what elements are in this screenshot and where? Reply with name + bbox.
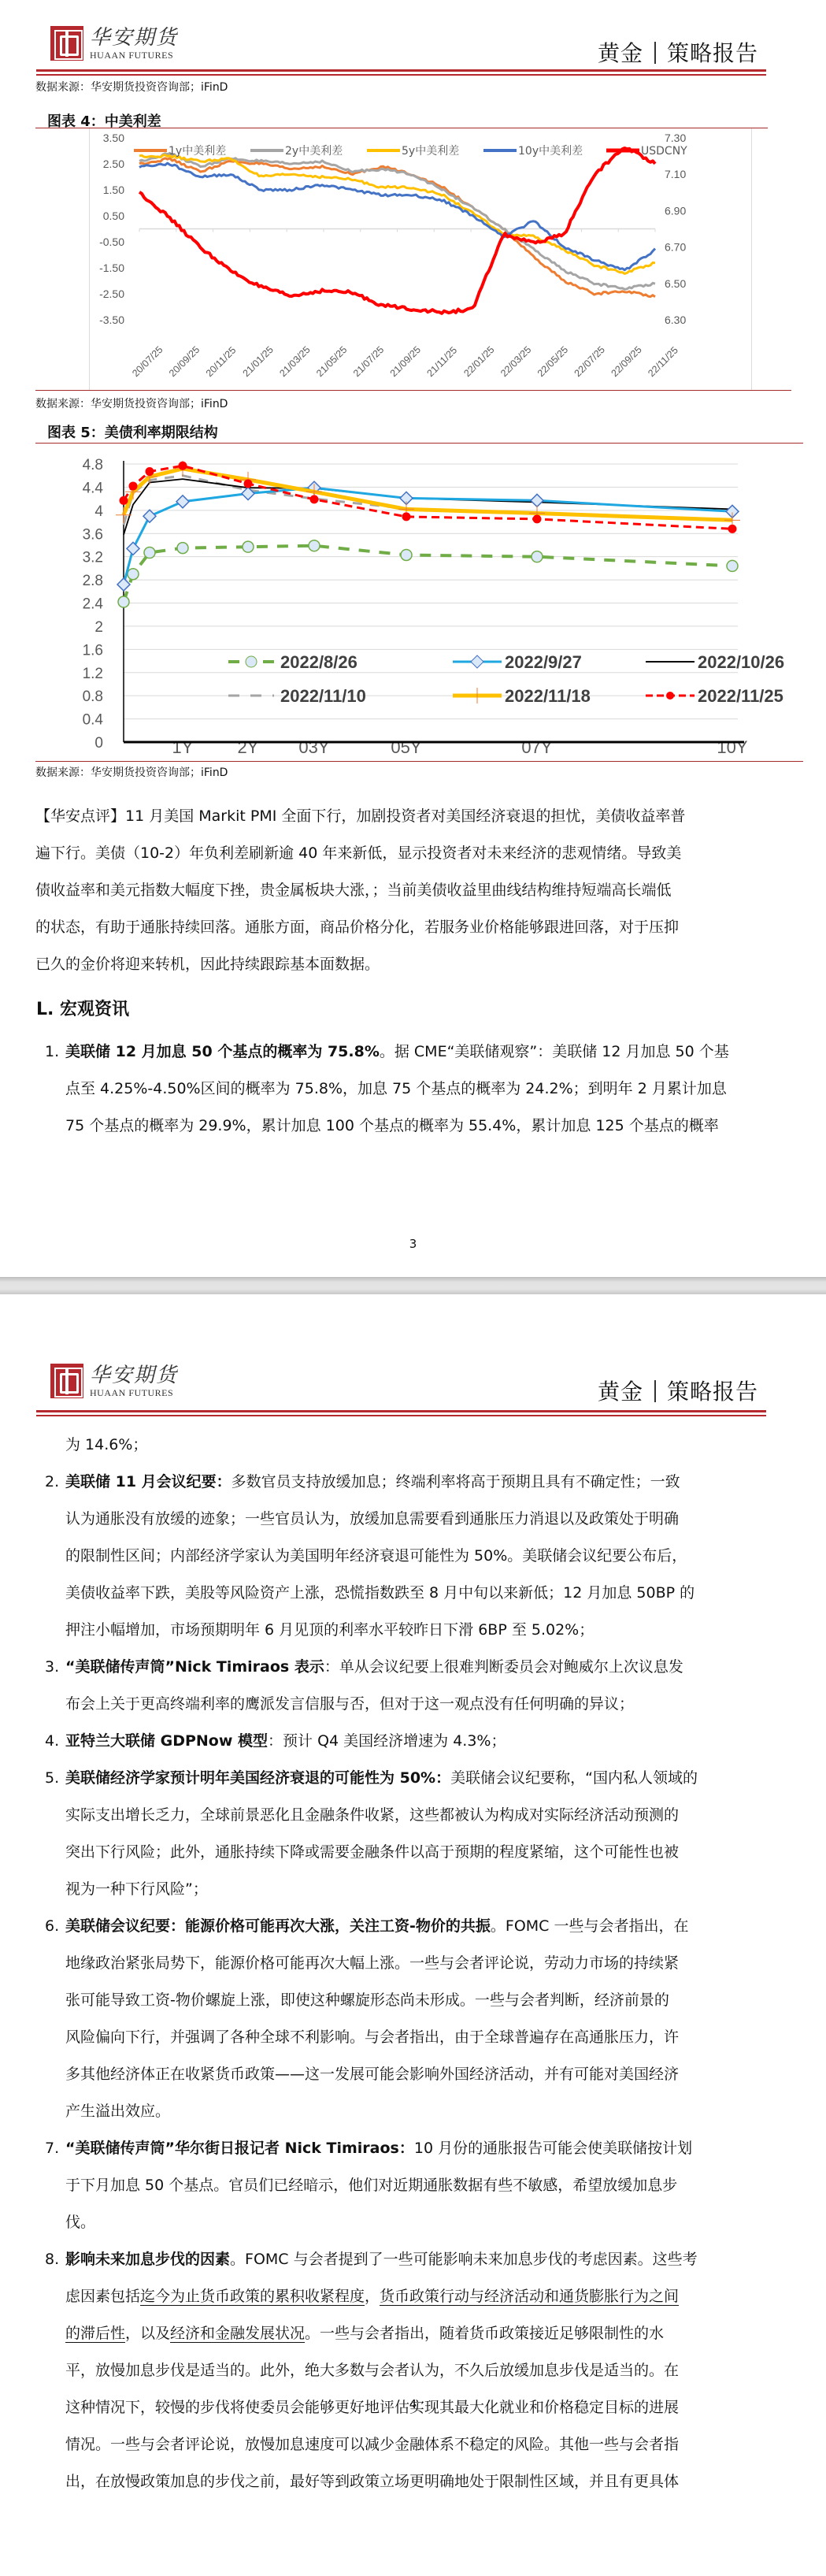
item-text: 地缘政治紧张局势下，能源价格可能再次大幅上涨。一些与会者评论说，劳动力市场的持续… xyxy=(65,1945,776,1982)
news-item-5: 5. 美联储经济学家预计明年美国经济衰退的可能性为 50%：美联储会议纪要称，“… xyxy=(35,1760,776,1908)
item-text: 。据 CME“美联储观察”：美联储 12 月加息 50 个基 xyxy=(380,1043,729,1060)
svg-text:1.6: 1.6 xyxy=(83,642,103,659)
svg-text:4.4: 4.4 xyxy=(83,480,104,496)
item-text: ：单从会议纪要上很难判断委员会对鲍威尔上次议息发 xyxy=(324,1658,683,1676)
svg-text:2022/11/10: 2022/11/10 xyxy=(280,686,366,706)
svg-text:6.90: 6.90 xyxy=(665,204,686,217)
svg-text:-2.50: -2.50 xyxy=(99,288,124,300)
svg-text:4: 4 xyxy=(94,503,103,520)
page-number: 4 xyxy=(0,2397,826,2411)
figure-4-bottom-rule xyxy=(35,390,791,391)
item-text: 美联储会议纪要称，“国内私人领域的 xyxy=(450,1769,698,1787)
news-item-8: 8. 影响未来加息步伐的因素。FOMC 与会者提到了一些可能影响未来加息步伐的考… xyxy=(35,2241,776,2500)
svg-text:2022/10/26: 2022/10/26 xyxy=(698,652,784,672)
item-number: 1. xyxy=(45,1034,59,1071)
item-text: 。FOMC 与会者提到了一些可能影响未来加息步伐的考虑因素。这些考 xyxy=(230,2251,698,2268)
svg-text:2022/9/27: 2022/9/27 xyxy=(505,652,582,672)
item-text: 的限制性区间；内部经济学家认为美国明年经济衰退可能性为 50%。美联储会议纪要公… xyxy=(65,1538,776,1575)
comment-line: 遍下行。美债（10-2）年负利差刷新逾 40 年来新低，显示投资者对未来经济的悲… xyxy=(35,835,768,872)
item-number: 4. xyxy=(45,1723,59,1760)
item-headline: “美联储传声筒”华尔街日报记者 Nick Timiraos： xyxy=(65,2140,414,2157)
figure-5-source: 数据来源：华安期货投资咨询部；iFinD xyxy=(35,764,228,780)
comment-line: 已久的金价将迎来转机，因此持续跟踪基本面数据。 xyxy=(35,946,768,983)
company-logo: 华安期货 HUAAN FUTURES xyxy=(50,26,178,61)
svg-text:1.50: 1.50 xyxy=(103,184,124,196)
item-text: 75 个基点的概率为 29.9%，累计加息 100 个基点的概率为 55.4%，… xyxy=(65,1108,776,1145)
underlined-phrase: 迄今为止货币政策的累积收紧程度 xyxy=(140,2288,365,2305)
underlined-phrase: 货币政策行动与经济活动和通货膨胀行为之间 xyxy=(380,2288,679,2305)
svg-text:3.6: 3.6 xyxy=(83,526,103,543)
svg-text:22/09/25: 22/09/25 xyxy=(609,344,643,379)
svg-text:20/09/25: 20/09/25 xyxy=(167,344,202,379)
item-number: 3. xyxy=(45,1649,59,1686)
logo-seal-icon xyxy=(50,26,83,61)
item-headline: 美联储经济学家预计明年美国经济衰退的可能性为 50%： xyxy=(65,1769,450,1787)
item-text: 视为一种下行风险”； xyxy=(65,1871,776,1908)
figure-4-source: 数据来源：华安期货投资咨询部；iFinD xyxy=(35,395,228,411)
svg-text:21/05/25: 21/05/25 xyxy=(314,344,349,379)
svg-text:07Y: 07Y xyxy=(521,737,552,757)
item-text: 风险偏向下行，并强调了各种全球不利影响。与会者指出，由于全球普遍存在高通胀压力，… xyxy=(65,2019,776,2056)
item-text: ：预计 Q4 美国经济增速为 4.3%； xyxy=(268,1732,506,1750)
news-item-1: 1. 美联储 12 月加息 50 个基点的概率为 75.8%。据 CME“美联储… xyxy=(35,1034,776,1145)
svg-text:2022/11/25: 2022/11/25 xyxy=(698,686,783,706)
report-type: 策略报告 xyxy=(667,1379,758,1405)
underlined-phrase: 的滞后性 xyxy=(65,2325,125,2342)
item-text: ， xyxy=(365,2288,380,2305)
item-text: 美债收益率下跌，美股等风险资产上涨，恐慌指数跌至 8 月中旬以来新低；12 月加… xyxy=(65,1575,776,1612)
news-list-page3: 1. 美联储 12 月加息 50 个基点的概率为 75.8%。据 CME“美联储… xyxy=(35,1034,776,1145)
item-text: 布会上关于更高终端利率的鹰派发言信服与否，但对于这一观点没有任何明确的异议； xyxy=(65,1686,776,1723)
item-text: 实际支出增长乏力，全球前景恶化且金融条件收紧，这些都被认为构成对实际经济活动预测… xyxy=(65,1797,776,1834)
company-logo: 华安期货 HUAAN FUTURES xyxy=(50,1364,178,1398)
item-text: 张可能导致工资-物价螺旋上涨，即使这种螺旋形态尚未形成。一些与会者判断，经济前景… xyxy=(65,1982,776,2019)
svg-text:USDCNY: USDCNY xyxy=(641,145,687,158)
news-list-page4: 为 14.6%； 2. 美联储 11 月会议纪要：多数官员支持放缓加息；终端利率… xyxy=(35,1427,776,2500)
item-text: 为 14.6%； xyxy=(65,1427,776,1464)
svg-text:20/07/25: 20/07/25 xyxy=(130,344,165,379)
item-text: 10 月份的通胀报告可能会使美联储按计划 xyxy=(414,2140,692,2157)
item-headline: 影响未来加息步伐的因素 xyxy=(65,2251,230,2268)
page-4: 华安期货 HUAAN FUTURES 黄金策略报告 为 14.6%； 2. 美联… xyxy=(0,1294,826,2576)
item-number: 2. xyxy=(45,1464,59,1501)
item-text: 伐。 xyxy=(65,2204,776,2241)
item-number: 7. xyxy=(45,2130,59,2167)
item-text: 突出下行风险；此外，通胀持续下降或需要金融条件以高于预期的程度紧缩，这个可能性也… xyxy=(65,1834,776,1871)
svg-text:0.50: 0.50 xyxy=(103,210,124,222)
item-text: 多数官员支持放缓加息；终端利率将高于预期且具有不确定性；一致 xyxy=(232,1473,680,1490)
svg-text:10Y: 10Y xyxy=(717,737,747,757)
item-text: ，以及 xyxy=(125,2325,170,2342)
report-category: 黄金 xyxy=(598,1379,643,1405)
report-category: 黄金 xyxy=(598,40,643,66)
logo-english-name: HUAAN FUTURES xyxy=(90,50,178,61)
svg-text:3.2: 3.2 xyxy=(83,550,103,566)
svg-text:2Y: 2Y xyxy=(238,737,259,757)
item-text: 点至 4.25%-4.50%区间的概率为 75.8%，加息 75 个基点的概率为… xyxy=(65,1071,776,1108)
item-headline: 亚特兰大联储 GDPNow 模型 xyxy=(65,1732,268,1750)
item-text: 产生溢出效应。 xyxy=(65,2093,776,2130)
svg-text:2022/8/26: 2022/8/26 xyxy=(280,652,357,672)
header-double-rule xyxy=(36,1410,766,1416)
svg-text:21/09/25: 21/09/25 xyxy=(388,344,423,379)
svg-text:6.70: 6.70 xyxy=(665,241,686,254)
svg-text:-0.50: -0.50 xyxy=(99,236,124,248)
news-item-7: 7. “美联储传声筒”华尔街日报记者 Nick Timiraos：10 月份的通… xyxy=(35,2130,776,2241)
svg-text:10y中美利差: 10y中美利差 xyxy=(518,144,583,158)
item-text: 出，在放慢政策加息的步伐之前，最好等到政策立场更明确地处于限制性区域，并且有更具… xyxy=(65,2463,776,2500)
item-headline: 美联储会议纪要：能源价格可能再次大涨，关注工资-物价的共振 xyxy=(65,1917,491,1935)
svg-text:21/07/25: 21/07/25 xyxy=(351,344,386,379)
svg-text:03Y: 03Y xyxy=(298,737,329,757)
item-headline: 美联储 12 月加息 50 个基点的概率为 75.8% xyxy=(65,1043,380,1060)
svg-text:2y中美利差: 2y中美利差 xyxy=(285,144,343,158)
item-text: 虑因素包括 xyxy=(65,2288,140,2305)
news-item-6: 6. 美联储会议纪要：能源价格可能再次大涨，关注工资-物价的共振。FOMC 一些… xyxy=(35,1908,776,2130)
page-header: 华安期货 HUAAN FUTURES 黄金策略报告 xyxy=(0,1294,826,1373)
section-heading-macro-news: L. 宏观资讯 xyxy=(36,996,129,1020)
svg-text:3.50: 3.50 xyxy=(103,132,124,144)
chart-treasury-yield-curve: 4.84.443.63.22.82.421.61.20.80.401Y2Y03Y… xyxy=(35,444,803,761)
item-headline: 美联储 11 月会议纪要： xyxy=(65,1473,232,1490)
svg-text:1.2: 1.2 xyxy=(83,666,103,682)
comment-line: 【华安点评】11 月美国 Markit PMI 全面下行，加剧投资者对美国经济衰… xyxy=(35,798,768,835)
item-text: 平，放慢加息步伐是适当的。此外，绝大多数与会者认为，不久后放缓加息步伐是适当的。… xyxy=(65,2352,776,2389)
svg-text:1Y: 1Y xyxy=(172,737,194,757)
report-type: 策略报告 xyxy=(667,40,758,66)
item-headline: “美联储传声筒”Nick Timiraos 表示 xyxy=(65,1658,324,1676)
item-number: 6. xyxy=(45,1908,59,1945)
item-text: 于下月加息 50 个基点。官员们已经暗示，他们对近期通胀数据有些不敏感，希望放缓… xyxy=(65,2167,776,2204)
page-number: 3 xyxy=(0,1237,826,1251)
svg-text:2: 2 xyxy=(94,619,103,636)
svg-text:1y中美利差: 1y中美利差 xyxy=(169,144,226,158)
report-title: 黄金策略报告 xyxy=(598,36,758,68)
item-text: 押注小幅增加，市场预期明年 6 月见顶的利率水平较昨日下滑 6BP 至 5.02… xyxy=(65,1612,776,1649)
item-text: 认为通胀没有放缓的迹象；一些官员认为，放缓加息需要看到通胀压力消退以及政策处于明… xyxy=(65,1501,776,1538)
svg-text:2022/11/18: 2022/11/18 xyxy=(505,686,591,706)
title-separator xyxy=(654,42,656,64)
page-header: 华安期货 HUAAN FUTURES 黄金策略报告 xyxy=(0,0,826,79)
chart-5-plot: 4.84.443.63.22.82.421.61.20.80.401Y2Y03Y… xyxy=(35,444,803,761)
svg-text:21/11/25: 21/11/25 xyxy=(425,344,460,379)
chart-interest-rate-spread: 3.502.501.500.50-0.50-1.50-2.50-3.507.30… xyxy=(89,128,752,390)
svg-text:7.10: 7.10 xyxy=(665,168,686,180)
svg-text:2.4: 2.4 xyxy=(83,596,104,613)
item-text: 。FOMC 一些与会者指出，在 xyxy=(491,1917,689,1935)
logo-chinese-name: 华安期货 xyxy=(90,1364,178,1387)
svg-text:0.8: 0.8 xyxy=(83,689,103,705)
logo-seal-icon xyxy=(50,1364,83,1398)
svg-text:7.30: 7.30 xyxy=(665,132,686,144)
logo-english-name: HUAAN FUTURES xyxy=(90,1387,178,1398)
svg-text:05Y: 05Y xyxy=(391,737,421,757)
svg-text:22/01/25: 22/01/25 xyxy=(461,344,496,379)
underlined-phrase: 经济和金融发展状况 xyxy=(170,2325,305,2342)
svg-text:6.30: 6.30 xyxy=(665,314,686,326)
svg-text:6.50: 6.50 xyxy=(665,277,686,290)
svg-text:22/11/25: 22/11/25 xyxy=(646,344,680,379)
news-item-4: 4. 亚特兰大联储 GDPNow 模型：预计 Q4 美国经济增速为 4.3%； xyxy=(35,1723,776,1760)
news-item-1-continued: 为 14.6%； xyxy=(35,1427,776,1464)
item-text: 。一些与会者指出，随着货币政策接近足够限制性的水 xyxy=(305,2325,664,2342)
item-text: 多其他经济体正在收紧货币政策——这一发展可能会影响外国经济活动，并有可能对美国经… xyxy=(65,2056,776,2093)
news-item-3: 3. “美联储传声筒”Nick Timiraos 表示：单从会议纪要上很难判断委… xyxy=(35,1649,776,1723)
data-source-note: 数据来源：华安期货投资咨询部；iFinD xyxy=(35,79,228,95)
figure-5-bottom-rule xyxy=(35,761,803,762)
huaan-comment: 【华安点评】11 月美国 Markit PMI 全面下行，加剧投资者对美国经济衰… xyxy=(35,798,768,983)
item-number: 5. xyxy=(45,1760,59,1797)
comment-line: 债收益率和美元指数大幅度下挫，贵金属板块大涨，；当前美债收益里曲线结构维持短端高… xyxy=(35,872,768,909)
figure-5-title: 图表 5：美债利率期限结构 xyxy=(47,421,218,442)
svg-text:21/03/25: 21/03/25 xyxy=(277,344,312,379)
svg-text:-3.50: -3.50 xyxy=(99,314,124,326)
page-3: 华安期货 HUAAN FUTURES 黄金策略报告 数据来源：华安期货投资咨询部… xyxy=(0,0,826,1277)
svg-text:2.8: 2.8 xyxy=(83,573,103,589)
svg-text:22/07/25: 22/07/25 xyxy=(572,344,607,379)
svg-text:22/05/25: 22/05/25 xyxy=(535,344,570,379)
svg-text:-1.50: -1.50 xyxy=(99,262,124,274)
item-text: 情况。一些与会者评论说，放慢加息速度可以减少金融体系不稳定的风险。其他一些与会者… xyxy=(65,2426,776,2463)
logo-chinese-name: 华安期货 xyxy=(90,26,178,50)
chart-4-plot: 3.502.501.500.50-0.50-1.50-2.50-3.507.30… xyxy=(90,128,753,390)
svg-text:5y中美利差: 5y中美利差 xyxy=(402,144,459,158)
svg-text:22/03/25: 22/03/25 xyxy=(498,344,533,379)
page-break xyxy=(0,1277,826,1294)
title-separator xyxy=(654,1380,656,1402)
report-title: 黄金策略报告 xyxy=(598,1375,758,1406)
item-number: 8. xyxy=(45,2241,59,2278)
svg-text:20/11/25: 20/11/25 xyxy=(204,344,239,379)
svg-text:21/01/25: 21/01/25 xyxy=(241,344,276,379)
news-item-2: 2. 美联储 11 月会议纪要：多数官员支持放缓加息；终端利率将高于预期且具有不… xyxy=(35,1464,776,1649)
comment-line: 的状态，有助于通胀持续回落。通胀方面，商品价格分化，若服务业价格能够跟进回落，对… xyxy=(35,909,768,946)
svg-text:0: 0 xyxy=(94,735,103,752)
header-double-rule xyxy=(36,69,766,76)
svg-text:4.8: 4.8 xyxy=(83,457,103,473)
svg-text:2.50: 2.50 xyxy=(103,158,124,170)
svg-text:0.4: 0.4 xyxy=(83,712,104,729)
